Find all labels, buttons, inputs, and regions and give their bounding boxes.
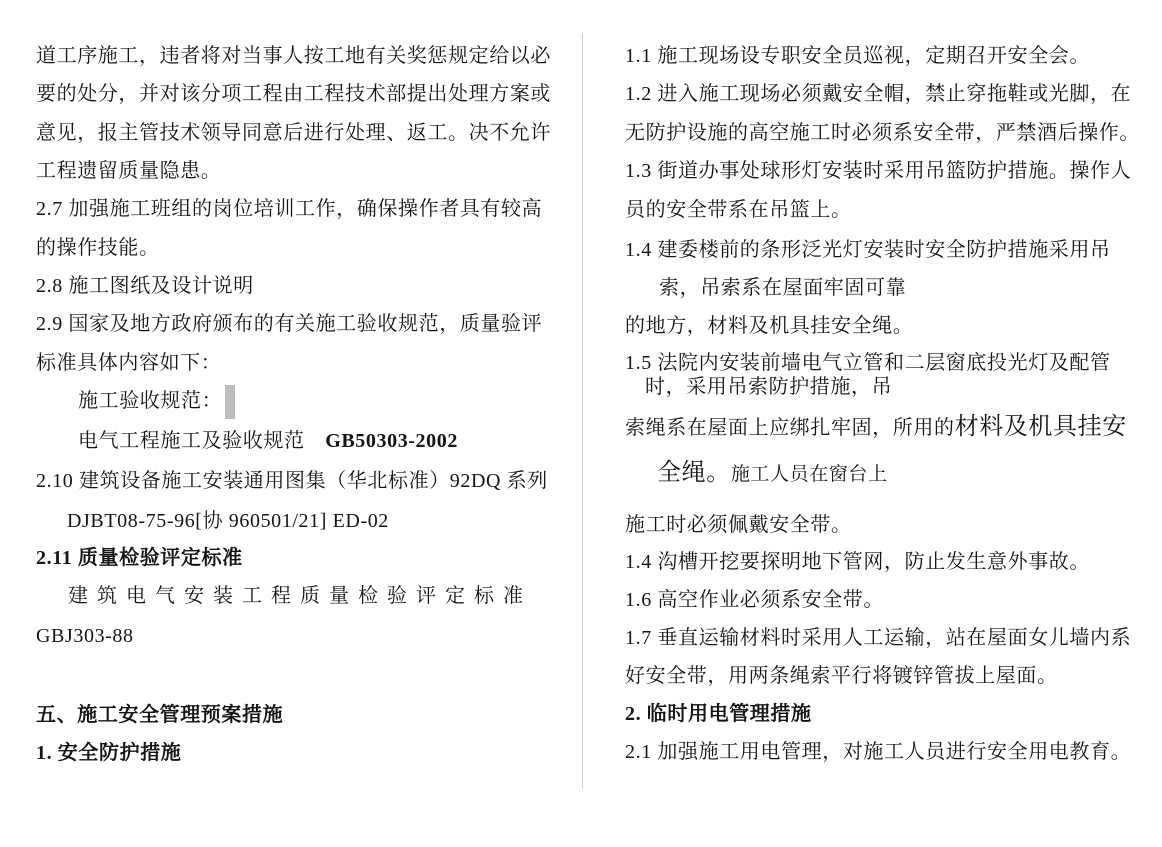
text-run: 材料及机具挂安 bbox=[955, 414, 1127, 440]
text-run: 施工时必须佩戴安全带。 bbox=[625, 514, 852, 536]
text-run: 2.7 加强施工班组的岗位培训工作，确保操作者具有较高 bbox=[36, 198, 542, 220]
text-line: DJBT08-75-96[协 960501/21] ED-02 bbox=[36, 508, 583, 534]
text-run: 2. 临时用电管理措施 bbox=[625, 703, 812, 725]
text-line: 全绳。施工人员在窗台上 bbox=[625, 460, 1162, 488]
text-line: 的操作技能。 bbox=[36, 235, 552, 261]
text-line: 1.7 垂直运输材料时采用人工运输，站在屋面女儿墙内系 bbox=[625, 625, 1150, 651]
text-run: 的操作技能。 bbox=[36, 237, 160, 259]
text-run: 1. 安全防护措施 bbox=[36, 742, 181, 764]
text-run: 2.11 质量检验评定标准 bbox=[36, 547, 243, 569]
text-run: 2.1 加强施工用电管理，对施工人员进行安全用电教育。 bbox=[625, 741, 1131, 763]
left-column: 道工序施工，违者将对当事人按工地有关奖惩规定给以必要的处分，并对该分项工程由工程… bbox=[36, 0, 552, 847]
text-line: 2.1 加强施工用电管理，对施工人员进行安全用电教育。 bbox=[625, 739, 1150, 765]
text-run: 1.5 法院内安装前墙电气立管和二层窗底投光灯及配管 bbox=[625, 352, 1111, 374]
text-line: 标准具体内容如下： bbox=[36, 350, 552, 376]
text-line: 道工序施工，违者将对当事人按工地有关奖惩规定给以必 bbox=[36, 43, 552, 69]
text-line: 施工验收规范： bbox=[36, 388, 594, 414]
text-run: 施工验收规范： bbox=[78, 390, 222, 412]
text-run: 索绳系在屋面上应绑扎牢固，所用的 bbox=[625, 417, 955, 439]
text-line: 的地方，材料及机具挂安全绳。 bbox=[625, 313, 1150, 339]
text-run: GBJ303-88 bbox=[36, 625, 134, 647]
text-run: 2.8 施工图纸及设计说明 bbox=[36, 275, 254, 297]
text-line: 索绳系在屋面上应绑扎牢固，所用的材料及机具挂安 bbox=[625, 414, 1150, 441]
text-line: 1.4 沟槽开挖要探明地下管网，防止发生意外事故。 bbox=[625, 549, 1150, 575]
text-line: 1.2 进入施工现场必须戴安全帽，禁止穿拖鞋或光脚，在 bbox=[625, 81, 1150, 107]
text-run: 五、施工安全管理预案措施 bbox=[36, 704, 283, 726]
word-document-page: 道工序施工，违者将对当事人按工地有关奖惩规定给以必要的处分，并对该分项工程由工程… bbox=[0, 0, 1162, 847]
selection-marker bbox=[225, 385, 235, 419]
text-run: DJBT08-75-96[协 960501/21] ED-02 bbox=[67, 510, 389, 532]
text-line: 2.8 施工图纸及设计说明 bbox=[36, 273, 552, 299]
text-line: 索，吊索系在屋面牢固可靠 bbox=[625, 275, 1162, 301]
text-line: GBJ303-88 bbox=[36, 623, 552, 649]
text-run: 1.7 垂直运输材料时采用人工运输，站在屋面女儿墙内系 bbox=[625, 627, 1131, 649]
text-line: 工程遗留质量隐患。 bbox=[36, 158, 552, 184]
text-run: 好安全带，用两条绳索平行将镀锌管拔上屋面。 bbox=[625, 665, 1058, 687]
text-run: 1.1 施工现场设专职安全员巡视，定期召开安全会。 bbox=[625, 45, 1090, 67]
text-run: 要的处分，并对该分项工程由工程技术部提出处理方案或 bbox=[36, 83, 551, 105]
text-line: 施工时必须佩戴安全带。 bbox=[625, 512, 1150, 538]
text-line: 2.9 国家及地方政府颁布的有关施工验收规范，质量验评 bbox=[36, 311, 552, 337]
text-run: 1.2 进入施工现场必须戴安全帽，禁止穿拖鞋或光脚，在 bbox=[625, 83, 1131, 105]
text-run: 1.4 建委楼前的条形泛光灯安装时安全防护措施采用吊 bbox=[625, 239, 1111, 261]
text-line: 建筑电气安装工程质量检验评定标准 bbox=[36, 583, 584, 609]
text-run: 意见，报主管技术领导同意后进行处理、返工。决不允许 bbox=[36, 122, 551, 144]
text-line: 1.5 法院内安装前墙电气立管和二层窗底投光灯及配管 bbox=[625, 350, 1150, 376]
text-line: 1.4 建委楼前的条形泛光灯安装时安全防护措施采用吊 bbox=[625, 237, 1150, 263]
text-line: 1. 安全防护措施 bbox=[36, 740, 552, 766]
text-run: 1.3 街道办事处球形灯安装时采用吊篮防护措施。操作人 bbox=[625, 160, 1131, 182]
text-run: 2.10 建筑设备施工安装通用图集（华北标准）92DQ 系列 bbox=[36, 470, 548, 492]
text-line: 1.3 街道办事处球形灯安装时采用吊篮防护措施。操作人 bbox=[625, 158, 1150, 184]
text-run: 无防护设施的高空施工时必须系安全带，严禁酒后操作。 bbox=[625, 122, 1140, 144]
text-run: 1.6 高空作业必须系安全带。 bbox=[625, 589, 884, 611]
text-run: 道工序施工，违者将对当事人按工地有关奖惩规定给以必 bbox=[36, 45, 551, 67]
text-run: 施工人员在窗台上 bbox=[731, 464, 888, 485]
text-line: 员的安全带系在吊篮上。 bbox=[625, 197, 1150, 223]
text-run: 建筑电气安装工程质量检验评定标准 bbox=[68, 585, 532, 607]
text-run: 2.9 国家及地方政府颁布的有关施工验收规范，质量验评 bbox=[36, 313, 542, 335]
text-run: 的地方，材料及机具挂安全绳。 bbox=[625, 315, 913, 337]
text-run: 1.4 沟槽开挖要探明地下管网，防止发生意外事故。 bbox=[625, 551, 1090, 573]
right-column: 1.1 施工现场设专职安全员巡视，定期召开安全会。1.2 进入施工现场必须戴安全… bbox=[625, 0, 1150, 847]
text-line: 2.7 加强施工班组的岗位培训工作，确保操作者具有较高 bbox=[36, 196, 552, 222]
text-line: 电气工程施工及验收规范 GB50303-2002 bbox=[36, 428, 594, 454]
text-run: 标准具体内容如下： bbox=[36, 352, 221, 374]
text-line: 1.1 施工现场设专职安全员巡视，定期召开安全会。 bbox=[625, 43, 1150, 69]
text-line: 2.11 质量检验评定标准 bbox=[36, 545, 552, 571]
text-line: 无防护设施的高空施工时必须系安全带，严禁酒后操作。 bbox=[625, 120, 1150, 146]
text-run: 索，吊索系在屋面牢固可靠 bbox=[659, 277, 906, 299]
text-run: GB50303-2002 bbox=[325, 430, 458, 452]
text-line: 意见，报主管技术领导同意后进行处理、返工。决不允许 bbox=[36, 120, 552, 146]
text-run: 员的安全带系在吊篮上。 bbox=[625, 199, 852, 221]
text-line: 五、施工安全管理预案措施 bbox=[36, 702, 552, 728]
text-run: 时，采用吊索防护措施，吊 bbox=[645, 376, 892, 398]
text-line: 要的处分，并对该分项工程由工程技术部提出处理方案或 bbox=[36, 81, 552, 107]
text-run: 电气工程施工及验收规范 bbox=[78, 430, 325, 452]
text-line: 2. 临时用电管理措施 bbox=[625, 701, 1150, 727]
text-line: 时，采用吊索防护措施，吊 bbox=[625, 374, 1162, 400]
text-run: 全绳。 bbox=[657, 460, 731, 486]
text-line: 2.10 建筑设备施工安装通用图集（华北标准）92DQ 系列 bbox=[36, 468, 552, 494]
text-line: 1.6 高空作业必须系安全带。 bbox=[625, 587, 1150, 613]
text-line: 好安全带，用两条绳索平行将镀锌管拔上屋面。 bbox=[625, 663, 1150, 689]
text-run: 工程遗留质量隐患。 bbox=[36, 160, 221, 182]
